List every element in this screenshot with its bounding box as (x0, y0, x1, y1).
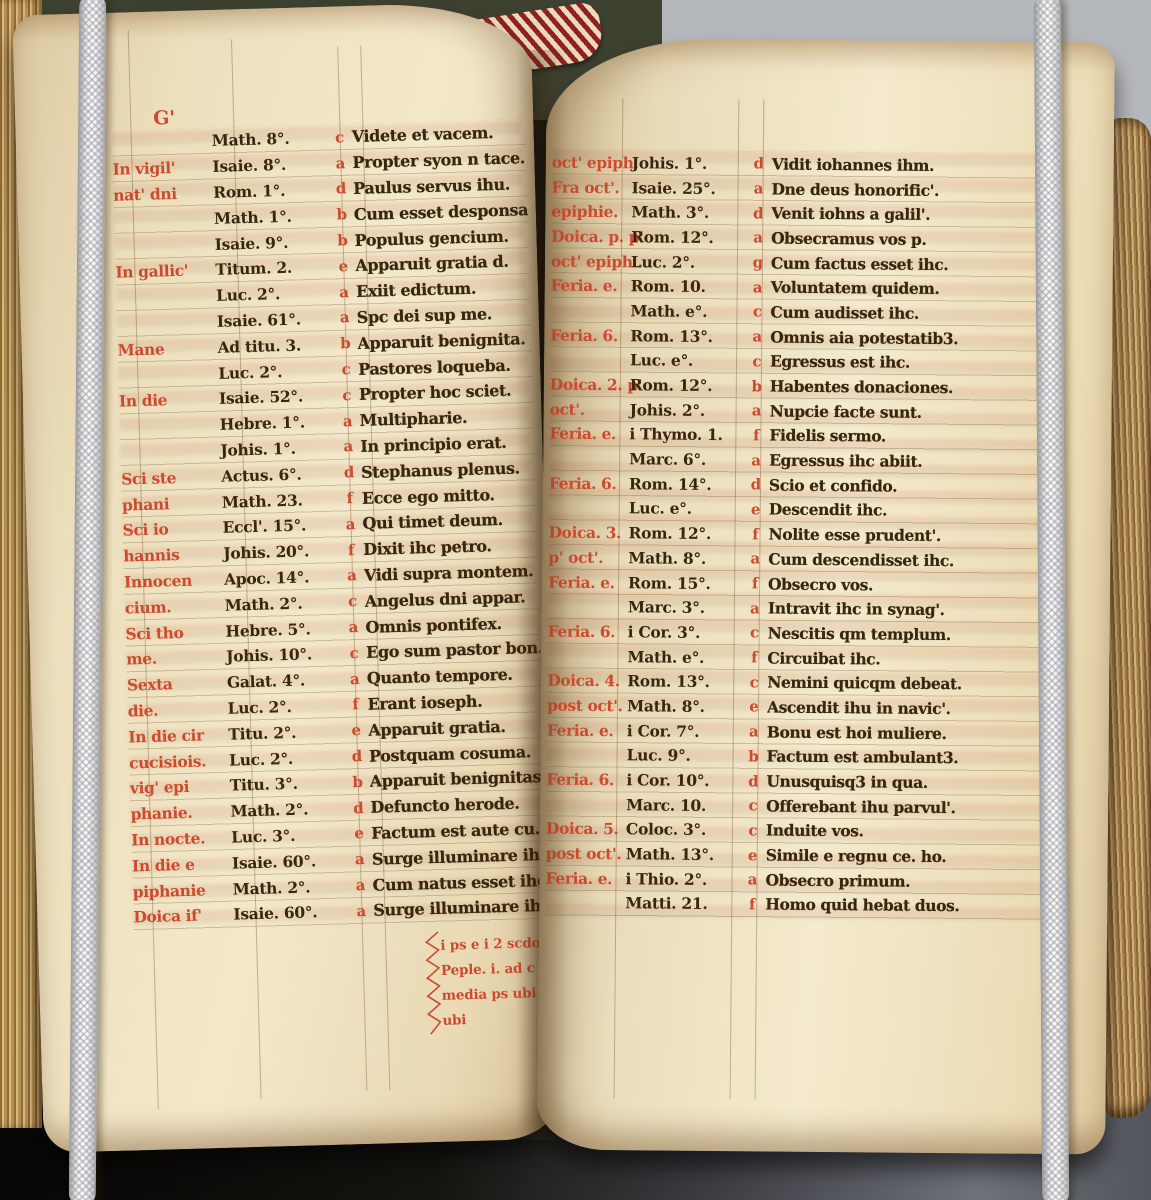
row-incipit: Ascendit ihu in navic'. (767, 697, 1055, 719)
row-letter: c (744, 352, 770, 370)
row-feast-label: Doica if' (133, 905, 233, 927)
row-letter: f (338, 489, 362, 508)
row-incipit: Cum audisset ihc. (770, 302, 1058, 324)
row-feast-label (112, 141, 212, 144)
row-citation: Math. 1°. (214, 205, 330, 227)
row-citation: Apoc. 14°. (224, 566, 340, 588)
row-incipit: Nescitis qm templum. (768, 623, 1056, 645)
row-citation: Isaie. 60°. (233, 902, 349, 924)
row-citation: Math. 2°. (230, 799, 346, 821)
row-incipit: Propter hoc sciet. (359, 380, 533, 404)
row-feast-label: vig' epi (130, 776, 230, 798)
row-citation: Math. 8°. (628, 548, 742, 568)
gutter-shadow (516, 50, 568, 1140)
row-feast-label: Sci tho (125, 621, 225, 643)
row-feast-label: die. (127, 699, 227, 721)
row-incipit: Nupcie facte sunt. (770, 401, 1058, 423)
row-letter: b (744, 377, 770, 395)
row-citation: Titu. 2°. (228, 721, 344, 743)
row-letter: b (333, 334, 357, 353)
row-citation: i Cor. 7°. (627, 721, 741, 741)
row-letter: a (742, 599, 768, 617)
row-feast-label: me. (126, 647, 226, 669)
row-letter: d (346, 798, 370, 817)
row-incipit: Qui timet deum. (362, 509, 536, 533)
row-incipit: Dixit ihc petro. (363, 535, 537, 559)
row-incipit: Voluntatem quidem. (771, 278, 1059, 300)
row-incipit: Homo quid hebat duos. (765, 895, 1053, 917)
row-feast-label (118, 373, 218, 376)
row-incipit: Stephanus plenus. (361, 458, 535, 482)
row-citation: Johis. 1°. (632, 153, 746, 173)
row-citation: Luc. e°. (629, 499, 743, 519)
row-citation: Matti. 21. (625, 894, 739, 914)
row-citation: Johis. 20°. (223, 541, 339, 563)
row-letter: d (329, 179, 353, 198)
row-letter: a (348, 850, 372, 869)
row-citation: i Cor. 3°. (628, 622, 742, 642)
row-feast-label: piphanie (132, 879, 232, 901)
row-citation: Isaie. 60°. (232, 850, 348, 872)
row-letter: a (333, 308, 357, 327)
row-letter: c (335, 386, 359, 405)
row-letter: a (745, 278, 771, 296)
row-incipit: Cum descendisset ihc. (768, 549, 1056, 571)
row-citation: Rom. 12°. (628, 523, 742, 543)
row-citation: Luc. 2°. (216, 283, 332, 305)
pericope-table-right: oct' epiph.Johis. 1°.dVidit iohannes ihm… (545, 150, 1060, 922)
row-letter: c (340, 592, 364, 611)
row-citation: Rom. 14°. (629, 474, 743, 494)
row-letter: a (741, 722, 767, 740)
row-letter: e (347, 824, 371, 843)
row-feast-label: In die e (132, 853, 232, 875)
row-citation: Galat. 4°. (227, 670, 343, 692)
row-letter: c (334, 360, 358, 379)
row-letter: a (328, 154, 352, 173)
row-letter: b (330, 205, 354, 224)
row-citation: Rom. 12°. (630, 375, 744, 395)
row-citation: Johis. 2°. (630, 400, 744, 420)
row-citation: Rom. 13°. (627, 672, 741, 692)
row-incipit: Nolite esse prudent'. (768, 525, 1056, 547)
row-feast-label (120, 450, 220, 453)
row-incipit: Spc dei sup me. (357, 303, 531, 327)
row-letter: a (745, 229, 771, 247)
row-letter: a (341, 618, 365, 637)
row-citation: Rom. 15°. (628, 573, 742, 593)
row-letter: a (744, 327, 770, 345)
row-citation: Isaie. 61°. (217, 309, 333, 331)
row-letter: a (742, 550, 768, 568)
row-incipit: In principio erat. (360, 432, 534, 456)
row-feast-label: Sci ste (121, 467, 221, 489)
row-citation: Math. e°. (627, 647, 741, 667)
row-incipit: Obsecramus vos p. (771, 228, 1059, 250)
row-citation: Titu. 3°. (230, 773, 346, 795)
manuscript-photo: G' Math. 8°.cVidete et vacem.In vigil'Is… (0, 0, 1151, 1200)
row-incipit: Apparuit benignita. (357, 329, 531, 353)
row-incipit: Bonu est hoi muliere. (767, 722, 1055, 744)
row-citation: Marc. 6°. (629, 449, 743, 469)
row-letter: f (339, 541, 363, 560)
row-incipit: Propter syon n tace. (352, 148, 526, 172)
row-citation: Math. 13°. (626, 844, 740, 864)
row-citation: Marc. 10. (626, 795, 740, 815)
row-incipit: Nemini quicqm debeat. (767, 673, 1055, 695)
row-citation: i Thymo. 1. (629, 425, 743, 445)
row-citation: Hebre. 5°. (225, 618, 341, 640)
row-incipit: Dne deus honorific'. (771, 179, 1059, 201)
row-letter: d (740, 772, 766, 790)
row-incipit: Venit iohns a galil'. (771, 204, 1059, 226)
row-incipit: Omnis aia potestatib3. (770, 327, 1058, 349)
row-feast-label: phani (122, 492, 222, 514)
row-letter: d (745, 204, 771, 222)
row-incipit: Obsecro vos. (768, 574, 1056, 596)
row-citation: Luc. 3°. (231, 824, 347, 846)
row-citation: Math. e°. (630, 301, 744, 321)
row-feast-label: In die cir (128, 724, 228, 746)
pericope-table-left: Math. 8°.cVidete et vacem.In vigil'Isaie… (111, 119, 547, 930)
row-letter: f (739, 895, 765, 913)
row-letter: c (744, 303, 770, 321)
row-citation: Isaie. 9°. (214, 231, 330, 253)
row-letter: a (336, 437, 360, 456)
row-incipit: Apparuit gratia d. (355, 251, 529, 275)
row-incipit: Habentes donaciones. (770, 377, 1058, 399)
row-letter: d (345, 747, 369, 766)
row-incipit: Videte et vacem. (351, 123, 525, 147)
row-letter: c (742, 624, 768, 642)
row-citation: Math. 23. (222, 489, 338, 511)
row-letter: a (332, 283, 356, 302)
row-feast-label: Sexta (127, 673, 227, 695)
row-letter: e (331, 257, 355, 276)
row-letter: a (743, 451, 769, 469)
row-letter: b (741, 747, 767, 765)
right-page: oct' epiph.Johis. 1°.dVidit iohannes ihm… (537, 38, 1115, 1155)
row-feast-label: Sci io (122, 518, 222, 540)
row-citation: Hebre. 1°. (219, 412, 335, 434)
row-letter: f (343, 695, 367, 714)
row-incipit: Multipharie. (359, 406, 533, 430)
row-incipit: Ecce ego mitto. (362, 484, 536, 508)
row-citation: Ad titu. 3. (217, 334, 333, 356)
row-citation: Luc. 2°. (227, 695, 343, 717)
row-feast-label (120, 424, 220, 427)
row-incipit: Vidit iohannes ihm. (772, 154, 1060, 176)
row-letter: a (739, 871, 765, 889)
row-incipit: Offerebant ihu parvul'. (766, 796, 1054, 818)
row-letter: c (740, 796, 766, 814)
row-citation: Titum. 2. (215, 257, 331, 279)
row-citation: Luc. 2°. (631, 252, 745, 272)
row-letter: a (335, 412, 359, 431)
row-citation: Coloc. 3°. (626, 820, 740, 840)
row-letter: c (741, 673, 767, 691)
row-letter: f (742, 525, 768, 543)
row-feast-label (114, 218, 214, 221)
row-citation: Marc. 3°. (628, 597, 742, 617)
row-citation: Johis. 1°. (220, 438, 336, 460)
row-letter: a (343, 669, 367, 688)
row-letter: e (743, 500, 769, 518)
row-feast-label: cucisiois. (129, 750, 229, 772)
row-feast-label: In vigil' (112, 157, 212, 179)
row-incipit: Pastores loqueba. (358, 355, 532, 379)
row-letter: b (330, 231, 354, 250)
row-incipit: Egressus ihc abiit. (769, 451, 1057, 473)
row-incipit: Scio et confido. (769, 475, 1057, 497)
row-letter: b (346, 773, 370, 792)
row-citation: Math. 2°. (224, 592, 340, 614)
row-citation: Math. 3°. (631, 203, 745, 223)
row-letter: c (740, 821, 766, 839)
row-letter: a (338, 515, 362, 534)
row-incipit: Cum factus esset ihc. (771, 253, 1059, 275)
row-incipit: Quanto tempore. (367, 664, 541, 688)
row-citation: Luc. e°. (630, 351, 744, 371)
row-feast-label: In nocte. (131, 828, 231, 850)
row-letter: f (743, 426, 769, 444)
row-incipit: Unusquisq3 in qua. (766, 772, 1054, 794)
row-incipit: Omnis pontifex. (365, 613, 539, 637)
row-incipit: Simile e regnu ce. ho. (766, 846, 1054, 868)
row-letter: d (337, 463, 361, 482)
footnote-zigzag (424, 930, 443, 1040)
row-feast-label: nat' dni (113, 183, 213, 205)
row-letter: d (746, 155, 772, 173)
row-letter: d (743, 476, 769, 494)
row-citation: Eccl'. 15°. (222, 515, 338, 537)
row-citation: Math. 8°. (212, 128, 328, 150)
row-feast-label: Innocen (124, 570, 224, 592)
row-letter: e (741, 698, 767, 716)
row-feast-label: In die (119, 389, 219, 411)
row-citation: i Thio. 2°. (625, 869, 739, 889)
row-citation: Luc. 2°. (229, 747, 345, 769)
row-citation: i Cor. 10°. (626, 770, 740, 790)
row-feast-label (115, 244, 215, 247)
row-feast-label (117, 321, 217, 324)
row-incipit: Descendit ihc. (769, 500, 1057, 522)
row-incipit: Intravit ihc in synag'. (768, 599, 1056, 621)
row-citation: Actus. 6°. (221, 463, 337, 485)
row-incipit: Ego sum pastor bon. (366, 638, 540, 662)
row-letter: a (745, 179, 771, 197)
row-citation: Math. 2°. (232, 876, 348, 898)
row-incipit: Angelus dni appar. (364, 587, 538, 611)
rubric-top-mark: G' (153, 107, 176, 130)
row-citation: Rom. 1°. (213, 180, 329, 202)
row-citation: Isaie. 25°. (631, 178, 745, 198)
row-feast-label: In gallic' (115, 260, 215, 282)
row-incipit: Factum est ambulant3. (767, 747, 1055, 769)
row-feast-label: cium. (125, 595, 225, 617)
row-letter: e (740, 846, 766, 864)
row-citation: Rom. 10. (631, 277, 745, 297)
row-citation: Johis. 10°. (226, 644, 342, 666)
row-feast-label: hannis (123, 544, 223, 566)
row-incipit: Cum esset desponsa. (354, 200, 528, 224)
row-letter: a (340, 566, 364, 585)
row-citation: Rom. 12°. (631, 227, 745, 247)
row-feast-label: Mane (117, 338, 217, 360)
row-incipit: Populus gencium. (354, 226, 528, 250)
row-incipit: Circuibat ihc. (767, 648, 1055, 670)
row-feast-label: phanie. (130, 802, 230, 824)
row-incipit: Induite vos. (766, 821, 1054, 843)
row-citation: Math. 8°. (627, 696, 741, 716)
row-letter: g (745, 253, 771, 271)
row-incipit: Paulus servus ihu. (353, 174, 527, 198)
row-citation: Rom. 13°. (630, 326, 744, 346)
row-citation: Isaie. 8°. (212, 154, 328, 176)
row-feast-label (116, 296, 216, 299)
row-letter: f (741, 648, 767, 666)
table-row: Matti. 21.fHomo quid hebat duos. (545, 890, 1053, 919)
row-incipit: Fidelis sermo. (769, 426, 1057, 448)
row-letter: a (348, 876, 372, 895)
row-letter: c (342, 644, 366, 663)
row-incipit: Exiit edictum. (356, 277, 530, 301)
row-incipit: Vidi supra montem. (364, 561, 538, 585)
row-citation: Luc. 2°. (218, 360, 334, 382)
row-incipit: Egressus est ihc. (770, 352, 1058, 374)
row-incipit: Obsecro primum. (765, 870, 1053, 892)
row-letter: f (742, 574, 768, 592)
row-letter: a (349, 902, 373, 921)
row-letter: a (744, 401, 770, 419)
row-citation: Luc. 9°. (627, 746, 741, 766)
row-letter: e (344, 721, 368, 740)
row-letter: c (327, 128, 351, 147)
row-citation: Isaie. 52°. (219, 386, 335, 408)
